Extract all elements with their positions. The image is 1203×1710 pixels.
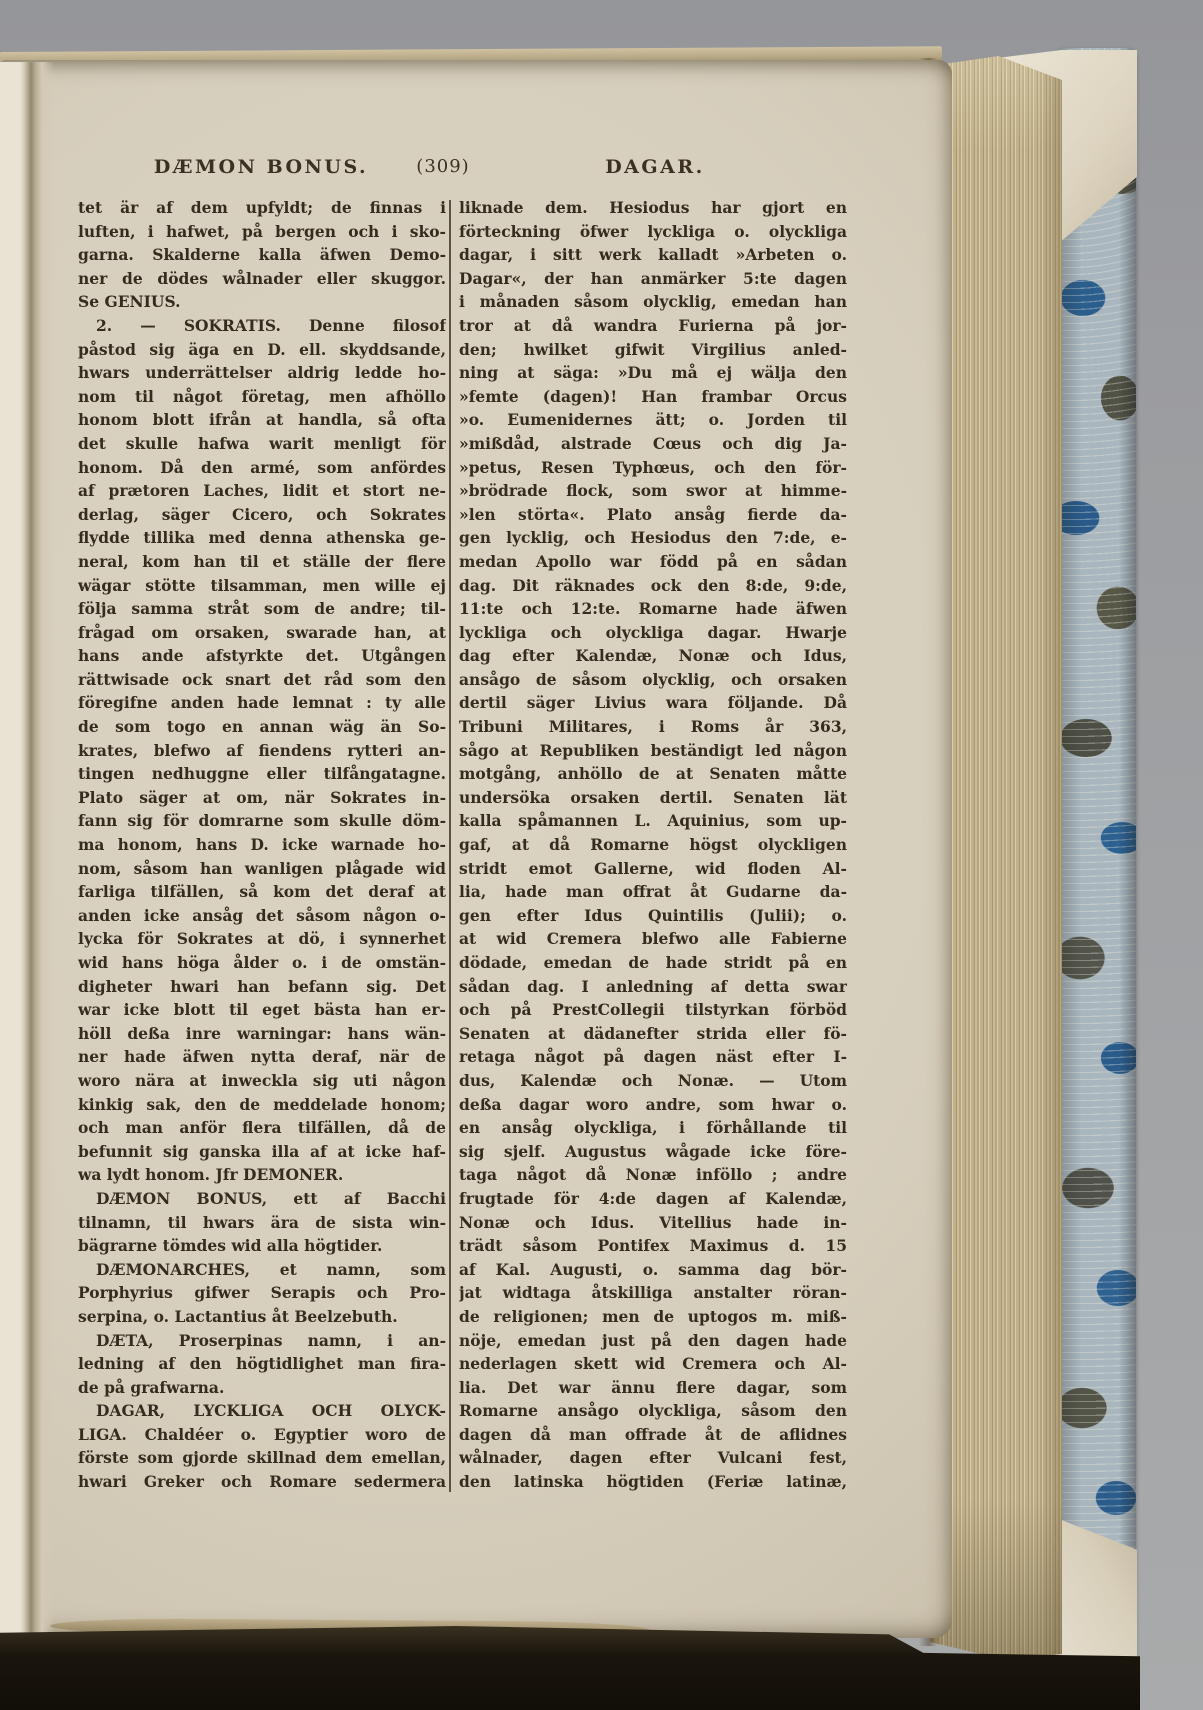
text-line: derlag, säger Cicero, och Sokrates	[78, 503, 446, 527]
text-line: och man anför flera tilfällen, då de	[78, 1116, 446, 1140]
text-line: sågo at Republiken beständigt led någon	[459, 739, 847, 763]
text-line: lyckliga och olyckliga dagar. Hwarje	[459, 621, 847, 645]
gutter-shadow	[0, 62, 54, 1634]
text-line: nederlagen skett wid Cremera och Al-	[459, 1352, 847, 1376]
text-line: war icke blott til eget bästa han er-	[78, 998, 446, 1022]
text-line: 11:te och 12:te. Romarne hade äfwen	[459, 597, 847, 621]
right-column: liknade dem. Hesiodus har gjort enförtec…	[459, 196, 847, 1494]
text-line: krates, blefwo af fiendens rytteri an-	[78, 739, 446, 763]
text-line: dagen då man offrade åt de aflidnes	[459, 1423, 847, 1447]
text-line: wägar stötte tilsamman, men wille ej	[78, 574, 446, 598]
text-line: förteckning öfwer lyckliga o. olyckliga	[459, 220, 847, 244]
text-line: »brödrade flock, som swor at himme-	[459, 479, 847, 503]
text-line: »mißdåd, alstrade Cœus och dig Ja-	[459, 432, 847, 456]
text-line: i månaden såsom olycklig, emedan han	[459, 290, 847, 314]
text-line: dertil säger Livius wara följande. Då	[459, 691, 847, 715]
text-line: tror at då wandra Furierna på jor-	[459, 314, 847, 338]
text-line: påstod sig äga en D. ell. skyddsande,	[78, 338, 446, 362]
text-line: honom. Då den armé, som anfördes	[78, 456, 446, 480]
text-line: luften, i hafwet, på bergen och i sko-	[78, 220, 446, 244]
text-line: sådan dag. I anledning af detta swar	[459, 975, 847, 999]
text-line: liknade dem. Hesiodus har gjort en	[459, 196, 847, 220]
page-number: (309)	[416, 156, 469, 177]
text-line: och på PrestCollegii tilstyrkan förböd	[459, 998, 847, 1022]
text-line: en ansåg olyckliga, i förhållande til	[459, 1116, 847, 1140]
text-line: lycka för Sokrates at dö, i synnerhet	[78, 927, 446, 951]
text-line: tilnamn, til hwars ära de sista win-	[78, 1211, 446, 1235]
text-line: ning at säga: »Du må ej wälja den	[459, 361, 847, 385]
text-line: stridt emot Gallerne, wid floden Al-	[459, 857, 847, 881]
text-line: honom blott ifrån at handla, så ofta	[78, 408, 446, 432]
text-line: den; hwilket gifwit Virgilius anled-	[459, 338, 847, 362]
text-line: »o. Eumenidernes ätt; o. Jorden til	[459, 408, 847, 432]
text-line: DÆMONARCHES, et namn, som	[78, 1258, 446, 1282]
text-line: deßa dagar woro andre, som hwar o.	[459, 1093, 847, 1117]
text-line: kalla spåmannen L. Aquinius, som up-	[459, 809, 847, 833]
text-line: gen efter Idus Quintilis (Julii); o.	[459, 904, 847, 928]
text-line: den latinska högtiden (Feriæ latinæ,	[459, 1470, 847, 1494]
text-line: farliga tilfällen, så kom det deraf at	[78, 880, 446, 904]
text-line: nom til något företag, men afhöllo	[78, 385, 446, 409]
text-line: DÆMON BONUS, ett af Bacchi	[78, 1187, 446, 1211]
text-line: Senaten at dädanefter strida eller fö-	[459, 1022, 847, 1046]
text-line: hwari Greker och Romare sedermera	[78, 1470, 446, 1494]
text-line: DAGAR, LYCKLIGA OCH OLYCK-	[78, 1399, 446, 1423]
text-line: wid hans höga ålder o. i de omstän-	[78, 951, 446, 975]
text-line: ma honom, hans D. icke warnade ho-	[78, 833, 446, 857]
text-line: anden icke ansåg det såsom någon o-	[78, 904, 446, 928]
text-line: Tribuni Militares, i Roms år 363,	[459, 715, 847, 739]
text-line: wålnader, dagen efter Vulcani fest,	[459, 1446, 847, 1470]
text-line: gen lycklig, och Hesiodus den 7:de, e-	[459, 526, 847, 550]
text-line: frågad om orsaken, swarade han, at	[78, 621, 446, 645]
text-line: de som togo en annan wäg än So-	[78, 715, 446, 739]
text-line: at wid Cremera blefwo alle Fabierne	[459, 927, 847, 951]
text-line: det skulle hafwa warit menligt för	[78, 432, 446, 456]
text-line: kinkig sak, den de meddelade honom;	[78, 1093, 446, 1117]
text-line: taga något då Nonæ inföllo ; andre	[459, 1163, 847, 1187]
text-line: dag efter Kalendæ, Nonæ och Idus,	[459, 644, 847, 668]
text-line: serpina, o. Lactantius åt Beelzebuth.	[78, 1305, 446, 1329]
text-line: 2. — SOKRATIS. Denne filosof	[78, 314, 446, 338]
text-line: de religionen; men de uptogos m. miß-	[459, 1305, 847, 1329]
running-title-right: DAGAR.	[605, 156, 705, 178]
text-line: ledning af den högtidlighet man fira-	[78, 1352, 446, 1376]
text-line: fann sig för domrarne som skulle döm-	[78, 809, 446, 833]
text-line: dag. Dit räknades ock den 8:de, 9:de,	[459, 574, 847, 598]
text-line: »femte (dagen)! Han frambar Orcus	[459, 385, 847, 409]
text-line: Romarne ansågo olyckliga, såsom den	[459, 1399, 847, 1423]
text-line: de på grafwarna.	[78, 1376, 446, 1400]
text-line: befunnit sig ganska illa af at icke haf-	[78, 1140, 446, 1164]
text-line: Se GENIUS.	[78, 290, 446, 314]
text-line: neral, kom han til et ställe der flere	[78, 550, 446, 574]
text-line: Dagar«, der han anmärker 5:te dagen	[459, 267, 847, 291]
marbled-cover	[1058, 48, 1136, 1668]
left-column: tet är af dem upfyldt; de finnas iluften…	[78, 196, 446, 1494]
text-line: woro nära at inweckla sig uti någon	[78, 1069, 446, 1093]
text-line: hwars underrättelser aldrig ledde ho-	[78, 361, 446, 385]
text-line: föregifne anden hade lemnat : ty alle	[78, 691, 446, 715]
text-line: höll deßa inre warningar: hans wän-	[78, 1022, 446, 1046]
text-line: trädt såsom Pontifex Maximus d. 15	[459, 1234, 847, 1258]
book-scan-scene: DÆMON BONUS. (309) DAGAR. tet är af dem …	[0, 0, 1203, 1710]
text-line: motgång, anhöllo de at Senaten måtte	[459, 762, 847, 786]
text-line: lia, hade man offrat åt Gudarne da-	[459, 880, 847, 904]
text-line: ner hade äfwen nytta deraf, när de	[78, 1045, 446, 1069]
column-divider	[449, 200, 451, 1492]
text-line: tingen nedhuggne eller tilfångatagne.	[78, 762, 446, 786]
text-line: dagar, i sitt werk kalladt »Arbeten o.	[459, 243, 847, 267]
text-line: rättwisade ock snart det råd som den	[78, 668, 446, 692]
text-line: flydde tillika med denna athenska ge-	[78, 526, 446, 550]
text-line: sig sjelf. Augustus wågade icke före-	[459, 1140, 847, 1164]
text-line: nom, såsom han wanligen plågade wid	[78, 857, 446, 881]
text-line: hans ande afstyrkte det. Utgången	[78, 644, 446, 668]
text-line: följa samma stråt som de andre; til-	[78, 597, 446, 621]
text-line: tet är af dem upfyldt; de finnas i	[78, 196, 446, 220]
text-line: dus, Kalendæ och Nonæ. — Utom	[459, 1069, 847, 1093]
text-line: dödade, emedan de hade stridt på en	[459, 951, 847, 975]
text-line: retaga något på dagen näst efter I-	[459, 1045, 847, 1069]
running-title-left: DÆMON BONUS.	[154, 156, 368, 178]
text-line: jat widtaga åtskilliga anstalter röran-	[459, 1281, 847, 1305]
text-line: nöje, emedan just på den dagen hade	[459, 1329, 847, 1353]
text-line: DÆTA, Proserpinas namn, i an-	[78, 1329, 446, 1353]
text-line: ner de dödes wålnader eller skuggor.	[78, 267, 446, 291]
text-line: af Kal. Augusti, o. samma dag bör-	[459, 1258, 847, 1282]
text-line: ansågo de såsom olycklig, och orsaken	[459, 668, 847, 692]
text-line: bägrarne tömdes wid alla högtider.	[78, 1234, 446, 1258]
text-line: digheter hwari han befann sig. Det	[78, 975, 446, 999]
text-line: »petus, Resen Typhœus, och den för-	[459, 456, 847, 480]
text-line: LIGA. Chaldéer o. Egyptier woro de	[78, 1423, 446, 1447]
text-line: af prætoren Laches, lidit et stort ne-	[78, 479, 446, 503]
text-line: Porphyrius gifwer Serapis och Pro-	[78, 1281, 446, 1305]
text-line: Plato säger at om, när Sokrates in-	[78, 786, 446, 810]
text-line: lia. Det war ännu flere dagar, som	[459, 1376, 847, 1400]
text-line: Nonæ och Idus. Vitellius hade in-	[459, 1211, 847, 1235]
text-line: förste som gjorde skillnad dem emellan,	[78, 1446, 446, 1470]
text-line: »len störta«. Plato ansåg fierde da-	[459, 503, 847, 527]
text-line: medan Apollo war född på en sådan	[459, 550, 847, 574]
text-line: undersöka orsaken dertil. Senaten lät	[459, 786, 847, 810]
text-line: wa lydt honom. Jfr DEMONER.	[78, 1163, 446, 1187]
text-line: gaf, at då Romarne högst olyckligen	[459, 833, 847, 857]
text-line: frugtade för 4:de dagen af Kalendæ,	[459, 1187, 847, 1211]
text-line: garna. Skalderne kalla äfwen Demo-	[78, 243, 446, 267]
